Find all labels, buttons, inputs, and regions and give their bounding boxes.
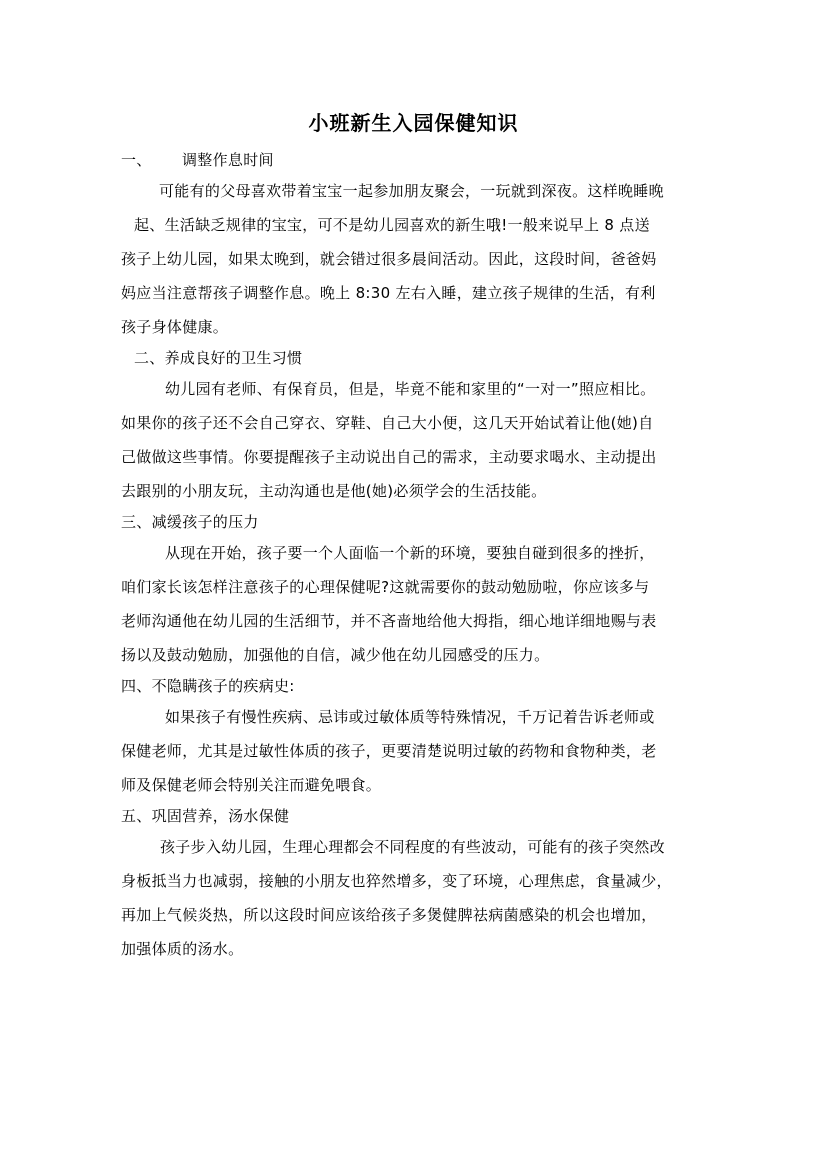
paragraph-line: 去跟别的小朋友玩，主动沟通也是他(她)必须学会的生活技能。 [121, 481, 546, 501]
section-heading: 三、减缓孩子的压力 [121, 512, 259, 532]
paragraph-line: 师及保健老师会特别关注而避免喂食。 [121, 775, 381, 795]
section-heading: 五、巩固营养，汤水保健 [121, 806, 289, 826]
paragraph-line: 保健老师，尤其是过敏性体质的孩子，更要清楚说明过敏的药物和食物种类，老 [121, 741, 657, 761]
paragraph-line: 妈应当注意帮孩子调整作息。晚上 8:30 左右入睡，建立孩子规律的生活，有利 [121, 283, 656, 303]
paragraph-line: 加强体质的汤水。 [121, 939, 243, 959]
paragraph-line: 扬以及鼓动勉励，加强他的自信，减少他在幼儿园感受的压力。 [121, 645, 549, 665]
section-heading: 二、养成良好的卫生习惯 [134, 348, 302, 368]
paragraph-line: 老师沟通他在幼儿园的生活细节，并不吝啬地给他大拇指，细心地详细地赐与表 [121, 611, 657, 631]
paragraph-line: 己做做这些事情。你要提醒孩子主动说出自己的需求，主动要求喝水、主动提出 [121, 447, 657, 467]
document-page: 小班新生入园保健知识 一、 调整作息时间 可能有的父母喜欢带着宝宝一起参加朋友聚… [0, 0, 827, 1170]
paragraph-line: 从现在开始，孩子要一个人面临一个新的环境，要独自碰到很多的挫折， [165, 543, 655, 563]
paragraph-line: 身板抵当力也减弱，接触的小朋友也猝然增多，变了环境，心理焦虑，食量减少， [121, 871, 672, 891]
section-heading: 调整作息时间 [182, 150, 274, 170]
document-title: 小班新生入园保健知识 [0, 108, 827, 138]
section-heading-number: 一、 [121, 150, 152, 170]
paragraph-line: 如果孩子有慢性疾病、忌讳或过敏体质等特殊情况，千万记着告诉老师或 [165, 707, 655, 727]
paragraph-line: 可能有的父母喜欢带着宝宝一起参加朋友聚会，一玩就到深夜。这样晚睡晚 [159, 181, 664, 201]
paragraph-line: 幼儿园有老师、有保育员，但是，毕竟不能和家里的“一对一”照应相比。 [165, 379, 655, 399]
paragraph-line: 孩子步入幼儿园，生理心理都会不同程度的有些波动，可能有的孩子突然改 [160, 837, 665, 857]
paragraph-line: 再加上气候炎热，所以这段时间应该给孩子多煲健脾祛病菌感染的机会也增加， [121, 905, 657, 925]
paragraph-line: 起、生活缺乏规律的宝宝，可不是幼儿园喜欢的新生哦!一般来说早上 8 点送 [134, 215, 650, 235]
paragraph-line: 孩子身体健康。 [121, 317, 228, 337]
paragraph-line: 如果你的孩子还不会自己穿衣、穿鞋、自己大小便，这几天开始试着让他(她)自 [121, 413, 654, 433]
paragraph-line: 咱们家长该怎样注意孩子的心理保健呢?这就需要你的鼓动勉励啦，你应该多与 [121, 577, 649, 597]
paragraph-line: 孩子上幼儿园，如果太晚到，就会错过很多晨间活动。因此，这段时间，爸爸妈 [121, 249, 657, 269]
section-heading: 四、不隐瞒孩子的疾病史: [121, 676, 295, 696]
